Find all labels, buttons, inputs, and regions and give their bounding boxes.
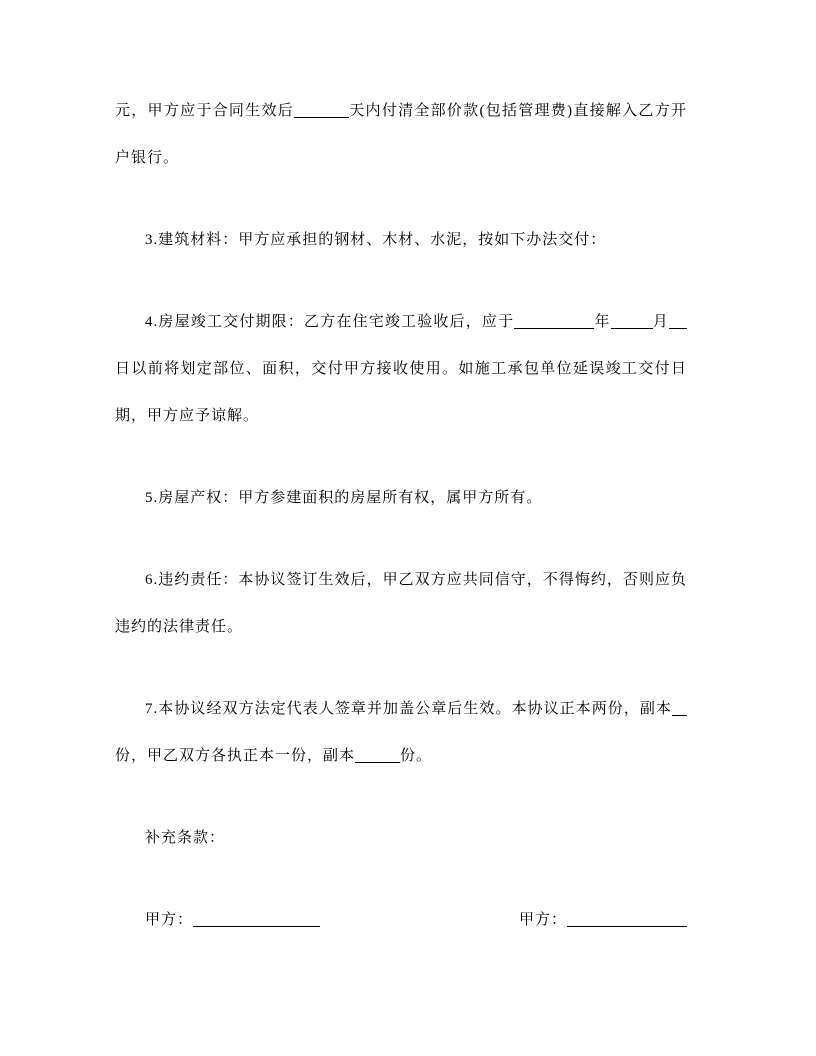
signature-left-label: 甲方： bbox=[145, 912, 193, 928]
clause-3-materials: 3.建筑材料：甲方应承担的钢材、木材、水泥，按如下办法交付： bbox=[115, 217, 687, 264]
clause-5-text: 5.房屋产权：甲方参建面积的房屋所有权，属甲方所有。 bbox=[145, 490, 542, 506]
blank-field-signature-left bbox=[193, 912, 320, 927]
signature-row: 甲方： 甲方： bbox=[115, 897, 687, 944]
clause-6-text: 6.违约责任：本协议签订生效后，甲乙双方应共同信守，不得悔约，否则应负违约的法律… bbox=[115, 572, 687, 635]
clause-4-text-before-year: 4.房屋竣工交付期限：乙方在住宅竣工验收后，应于 bbox=[145, 314, 514, 330]
blank-field-copies-2 bbox=[355, 748, 400, 763]
payment-text-before-blank: 元，甲方应于合同生效后 bbox=[115, 103, 294, 119]
clause-3-text: 3.建筑材料：甲方应承担的钢材、木材、水泥，按如下办法交付： bbox=[145, 232, 606, 248]
blank-field-month bbox=[611, 314, 653, 329]
supplementary-label: 补充条款： bbox=[145, 830, 225, 846]
month-label: 月 bbox=[653, 314, 669, 330]
clause-7-effectiveness: 7.本协议经双方法定代表人签章并加盖公章后生效。本协议正本两份，副本份，甲乙双方… bbox=[115, 686, 687, 780]
clause-payment-continuation: 元，甲方应于合同生效后天内付清全部价款(包括管理费)直接解入乙方开户银行。 bbox=[115, 88, 687, 182]
signature-right-label: 甲方： bbox=[519, 912, 567, 928]
blank-field-year bbox=[514, 314, 594, 329]
clause-4-delivery: 4.房屋竣工交付期限：乙方在住宅竣工验收后，应于年月日以前将划定部位、面积，交付… bbox=[115, 299, 687, 440]
blank-field-signature-right bbox=[567, 912, 687, 927]
contract-document-page: 元，甲方应于合同生效后天内付清全部价款(包括管理费)直接解入乙方开户银行。 3.… bbox=[0, 0, 816, 944]
clause-5-ownership: 5.房屋产权：甲方参建面积的房屋所有权，属甲方所有。 bbox=[115, 475, 687, 522]
clause-7-text-before-blank: 7.本协议经双方法定代表人签章并加盖公章后生效。本协议正本两份，副本 bbox=[145, 701, 672, 717]
year-label: 年 bbox=[594, 314, 610, 330]
clause-7-text-after-blank: 份。 bbox=[400, 748, 432, 764]
clause-4-text-after-day: 日以前将划定部位、面积，交付甲方接收使用。如施工承包单位延误竣工交付日期，甲方应… bbox=[115, 361, 687, 424]
blank-field-copies-1 bbox=[672, 701, 687, 716]
signature-left: 甲方： bbox=[145, 897, 320, 944]
signature-right: 甲方： bbox=[519, 897, 687, 944]
clause-7-text-between-blanks: 份，甲乙双方各执正本一份，副本 bbox=[115, 748, 355, 764]
supplementary-clause-heading: 补充条款： bbox=[115, 815, 687, 862]
blank-field-payment-days bbox=[294, 103, 349, 118]
clause-6-breach: 6.违约责任：本协议签订生效后，甲乙双方应共同信守，不得悔约，否则应负违约的法律… bbox=[115, 557, 687, 651]
blank-field-day bbox=[669, 314, 687, 329]
